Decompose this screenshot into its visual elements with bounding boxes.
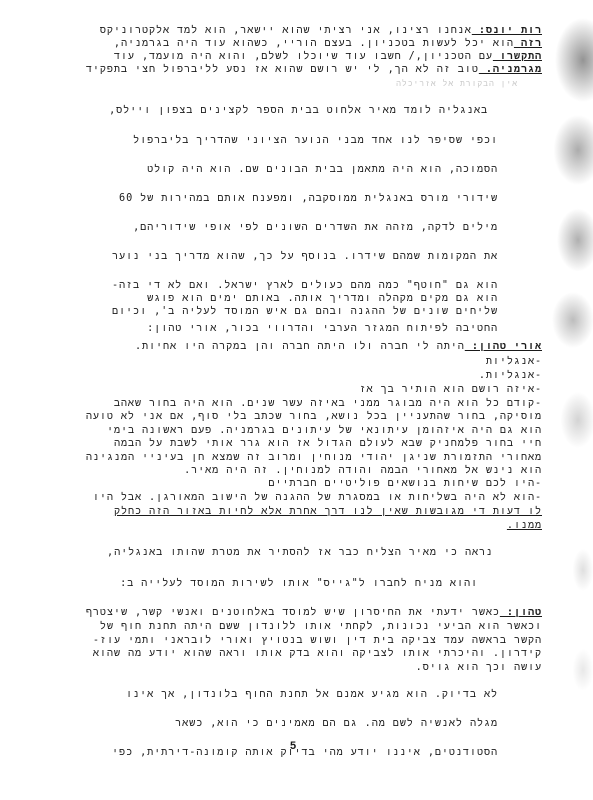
line-text: את המקומות שמהם שידרו. בנוסף על כך, שהוא… — [112, 251, 498, 262]
line-text: נראה כי מאיר הצליח כבר אז להסתיר את מטרת… — [107, 547, 493, 558]
text-line: החטיבה לפיתוח המגזר הערבי והדרווי בכור, … — [147, 323, 498, 335]
line-text: הוא גם "חוטף" כמה מהם כעולים לארץ ישראל.… — [112, 280, 498, 291]
document-page: רות יונס: אנחנו רצינו, אני רציתי שהוא יי… — [0, 0, 593, 800]
line-text: הקשר בראשה עמד צביקה בית דין ושוש בנטויץ… — [93, 635, 542, 646]
text-line: -איזה רושם הוא הותיר בך אז — [360, 384, 542, 396]
line-text: חיי בחור פלמחניק שבא לעולם הגדול אז הוא … — [114, 438, 542, 449]
line-text: -קודם כל הוא היה מבוגר ממני באיזה עשר שנ… — [114, 398, 542, 409]
handwritten-note: אין הבקורת אל אזריכלה — [396, 79, 518, 89]
text-line: מגרמניה. טוב זה לא הך, לי יש רושם שהוא א… — [86, 64, 542, 76]
line-text: החטיבה לפיתוח המגזר הערבי והדרווי בכור, … — [147, 323, 498, 334]
text-line: עושה וכך הוא גויס. — [416, 662, 542, 674]
line-text: וכפי שסיפר לנו אחד מבני הנוער הציוני שהד… — [133, 135, 498, 146]
text-line: מילים לדקה, מזהה את השדרים השונים לפי או… — [133, 222, 498, 234]
line-text: אנחנו רצינו, אני רציתי שהוא יישאר, הוא ל… — [100, 25, 472, 36]
line-text: והוא מניח לחברו ל"גייס" אותו לשירות המוס… — [120, 578, 478, 589]
line-text: היתה לי חברה ולו היתה חברה והן במקרה היו… — [135, 341, 465, 352]
line-text: מגלה לאנשיה לשם מה. גם הם מאמינים כי הוא… — [175, 718, 498, 729]
text-line: מוסיקה, בחור שהתעניין בכל נושא, בחור שכת… — [86, 411, 542, 423]
text-line: -הוא לא היה בשליחות או במסגרת של ההגנה ש… — [93, 492, 542, 504]
line-text: מוסיקה, בחור שהתעניין בכל נושא, בחור שכת… — [86, 411, 542, 422]
text-line: נראה כי מאיר הצליח כבר אז להסתיר את מטרת… — [107, 547, 493, 559]
text-line: -אנגליות. — [479, 370, 542, 382]
text-line: -היו לכם שיחות בנושאים פוליטיים חברתיים — [268, 478, 542, 490]
line-text: הוא נינש אל מאחורי הבמה והודה למנוחין. ז… — [184, 465, 542, 476]
line-text: עושה וכך הוא גויס. — [416, 662, 542, 673]
line-text: -אנגליות — [486, 356, 542, 367]
text-line: הוא גם "חוטף" כמה מהם כעולים לארץ ישראל.… — [112, 280, 498, 292]
line-text: מילים לדקה, מזהה את השדרים השונים לפי או… — [133, 222, 498, 233]
line-text: לו דעות די מגובשות שאין לנו דרך אחרת אלא… — [114, 506, 542, 517]
scan-shadow — [553, 470, 593, 730]
line-text: עם הטכניון,/ חשבו עוד שיוכלו לשלם, והוא … — [114, 51, 493, 62]
line-text: הוא יכל לעשות בטכניון. בעצם הוריי, כשהוא… — [114, 38, 514, 49]
line-text: לא בדיוק. הוא מגיע אמנם אל תחנת החוף בלו… — [126, 689, 498, 700]
text-line: הקשר בראשה עמד צביקה בית דין ושוש בנטויץ… — [93, 635, 542, 647]
text-line: הסטודנטים, איננו יודע מהי בדיוק אותה קומ… — [112, 747, 498, 759]
text-line: התקשרו עם הטכניון,/ חשבו עוד שיוכלו לשלם… — [114, 51, 542, 63]
line-text: וכאשר הוא הביעי נכונות, לקחתי אותו ללונד… — [100, 621, 542, 632]
text-line: טהון: כאשר ידעתי את החיסרון שיש למוסד בא… — [86, 607, 542, 619]
text-line: קידרון. והיכרתי אותו לצביקה והוא בדק אות… — [93, 648, 542, 660]
text-line: שליחים שונים של ההגנה ובהם גם איש המוסד … — [112, 306, 498, 318]
text-line: הסמוכה, הוא היה מתאמן בבית הבונים שם. הו… — [147, 164, 498, 176]
speaker-label: אורי טהון: — [465, 341, 542, 352]
text-line: ממנו. — [507, 520, 542, 532]
text-line: את המקומות שמהם שידרו. בנוסף על כך, שהוא… — [112, 251, 498, 263]
line-text: הסמוכה, הוא היה מתאמן בבית הבונים שם. הו… — [147, 164, 498, 175]
speaker-label: רות יונס: — [472, 25, 542, 36]
speaker-label: התקשרו — [493, 51, 542, 62]
page-number: 5 — [290, 740, 296, 752]
text-line: שידורי מורס באנגלית ממוסקבה, ומפענח אותם… — [119, 193, 498, 205]
text-line: לא בדיוק. הוא מגיע אמנם אל תחנת החוף בלו… — [126, 689, 498, 701]
text-line: הוא נינש אל מאחורי הבמה והודה למנוחין. ז… — [184, 465, 542, 477]
speaker-label: מגרמניה. — [479, 64, 542, 75]
text-line: וכאשר הוא הביעי נכונות, לקחתי אותו ללונד… — [100, 621, 542, 633]
text-line: מאחורי התזמורת שניגן יהודי מנוחין ומרוב … — [86, 452, 542, 464]
line-text: הסטודנטים, איננו יודע מהי בדיוק אותה קומ… — [112, 747, 498, 758]
text-line: לו דעות די מגובשות שאין לנו דרך אחרת אלא… — [114, 506, 542, 518]
text-line: רות יונס: אנחנו רצינו, אני רציתי שהוא יי… — [100, 25, 542, 37]
line-text: -הוא לא היה בשליחות או במסגרת של ההגנה ש… — [93, 492, 542, 503]
text-line: -קודם כל הוא היה מבוגר ממני באיזה עשר שנ… — [114, 398, 542, 410]
text-line: אורי טהון: היתה לי חברה ולו היתה חברה וה… — [135, 341, 542, 353]
text-line: רזה הוא יכל לעשות בטכניון. בעצם הוריי, כ… — [114, 38, 542, 50]
line-text: הוא גם מקים מקהלה ומדריך אותה. באותם ימי… — [147, 293, 498, 304]
line-text: -היו לכם שיחות בנושאים פוליטיים חברתיים — [268, 478, 542, 489]
line-text: הוא גם היה איזהומן עיתונאי של עיתונים בג… — [107, 425, 542, 436]
speaker-label: רזה — [514, 38, 542, 49]
text-line: באנגליה לומד מאיר אלחוט בבית הספר לקציני… — [109, 105, 488, 117]
line-text: -איזה רושם הוא הותיר בך אז — [360, 384, 542, 395]
line-text: שידורי מורס באנגלית ממוסקבה, ומפענח אותם… — [119, 193, 498, 204]
speaker-label: טהון: — [500, 607, 542, 618]
line-text: מאחורי התזמורת שניגן יהודי מנוחין ומרוב … — [86, 452, 542, 463]
line-text: ממנו. — [507, 520, 542, 531]
line-text: באנגליה לומד מאיר אלחוט בבית הספר לקציני… — [109, 105, 488, 116]
text-line: מגלה לאנשיה לשם מה. גם הם מאמינים כי הוא… — [175, 718, 498, 730]
text-line: -אנגליות — [486, 356, 542, 368]
text-line: הוא גם מקים מקהלה ומדריך אותה. באותם ימי… — [147, 293, 498, 305]
line-text: -אנגליות. — [479, 370, 542, 381]
text-line: והוא מניח לחברו ל"גייס" אותו לשירות המוס… — [120, 578, 478, 590]
line-text: שליחים שונים של ההגנה ובהם גם איש המוסד … — [112, 306, 498, 317]
line-text: כאשר ידעתי את החיסרון שיש למוסד באלחוטני… — [86, 607, 500, 618]
text-line: וכפי שסיפר לנו אחד מבני הנוער הציוני שהד… — [133, 135, 498, 147]
line-text: טוב זה לא הך, לי יש רושם שהוא אז נסע ללי… — [86, 64, 479, 75]
text-line: חיי בחור פלמחניק שבא לעולם הגדול אז הוא … — [114, 438, 542, 450]
text-line: הוא גם היה איזהומן עיתונאי של עיתונים בג… — [107, 425, 542, 437]
line-text: קידרון. והיכרתי אותו לצביקה והוא בדק אות… — [93, 648, 542, 659]
